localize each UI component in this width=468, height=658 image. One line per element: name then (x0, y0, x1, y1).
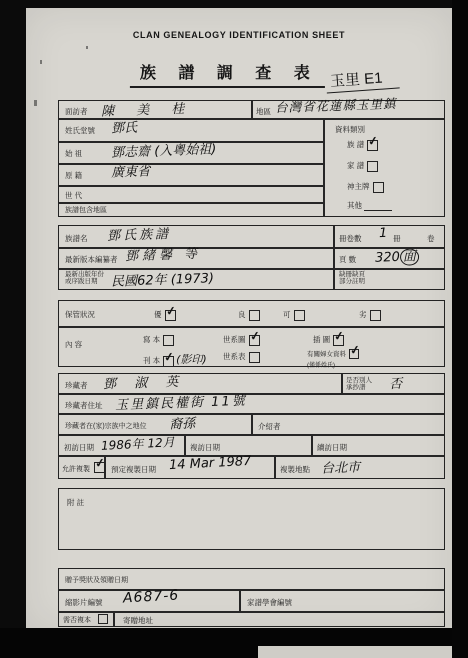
copy-place-label: 複製地點 (280, 464, 310, 475)
copy-place-value: 台北市 (321, 456, 361, 476)
content-label: 內 容 (65, 339, 82, 350)
option-label: 刊 本 (143, 356, 160, 365)
content-manuscript: 寫 本 (143, 334, 174, 346)
pages-number: 320 (375, 250, 400, 266)
checkbox-lineage-chart: ✓ (249, 335, 260, 346)
option-label: 世系圖 (223, 335, 246, 344)
checkbox-permit-copy: ✓ (94, 462, 105, 473)
owner-address-label: 珍藏者住址 (65, 400, 103, 411)
remarks-label: 附 註 (67, 497, 84, 508)
owner-label: 珍藏者 (65, 380, 88, 391)
women-data-note: (僅係姓氏) (307, 360, 359, 369)
admin-table: 贈予獎狀及領贈日期 縮影片編號 A687-6 家譜學會編號 需否複本 寄贈地址 (58, 568, 445, 627)
category-label: 家 譜 (347, 161, 364, 170)
divider (333, 226, 335, 289)
checkbox-clan-genealogy: ✓ (367, 140, 378, 151)
scan-black-edge (452, 0, 468, 658)
next-visit-label: 續訪日期 (317, 442, 347, 453)
option-label: 良 (238, 310, 246, 319)
checkbox-good (249, 310, 260, 321)
owner-address-value: 玉里鎮民權街 11號 (115, 390, 247, 414)
english-banner: CLAN GENEALOGY IDENTIFICATION SHEET (26, 30, 452, 40)
content-printed: 刊 本✓(影印) (143, 351, 207, 367)
society-number-label: 家譜學會編號 (247, 597, 292, 608)
identity-table: 面訪者 陳 美 桂 地區 台灣省花蓮縣玉里鎮 姓氏堂號 鄧氏 始 祖 鄧志齋 (… (58, 100, 445, 217)
checkbox-ancestral-tablet (373, 182, 384, 193)
compiler-label: 最新版本編纂者 (65, 254, 118, 265)
checkbox-poor (370, 310, 381, 321)
scanned-document: CLAN GENEALOGY IDENTIFICATION SHEET 族 譜 … (0, 0, 468, 658)
borrow-label: 是否別人 承抄譜 (346, 377, 372, 392)
surname-hall-label: 姓氏堂號 (65, 125, 95, 136)
volumes-label: 冊卷數 (339, 233, 362, 244)
first-visit-label: 初訪日期 (64, 442, 94, 453)
check-mark: ✓ (94, 455, 106, 470)
first-ancestor-label: 始 祖 (65, 148, 82, 159)
microfilm-number-label: 縮影片編號 (65, 597, 103, 608)
scan-noise (34, 100, 37, 106)
condition-excellent: 優✓ (154, 309, 176, 321)
divider (184, 434, 186, 455)
interviewer-value: 陳 美 桂 (101, 97, 194, 119)
category-title: 資料類別 (335, 124, 365, 135)
option-label: 優 (154, 310, 162, 319)
option-label: 寫 本 (143, 335, 160, 344)
first-visit-value: 1986年 12月 (101, 433, 175, 454)
option-label: 可 (283, 310, 291, 319)
duplicate-needed-label: 需否複本 (63, 615, 91, 625)
custody-table: 珍藏者 鄧 淑 英 是否別人 承抄譜 否 珍藏者住址 玉里鎮民權街 11號 珍藏… (58, 373, 445, 479)
divider (59, 268, 444, 270)
category-label: 神主牌 (347, 182, 370, 191)
condition-table: 保管狀況 優✓ 良 可 劣 內 容 寫 本 世系圖✓ 插 圖✓ (58, 300, 445, 367)
form-paper: CLAN GENEALOGY IDENTIFICATION SHEET 族 譜 … (26, 8, 452, 630)
checkbox-family-genealogy (367, 161, 378, 172)
owner-value: 鄧 淑 英 (103, 371, 186, 393)
scan-edge-light (258, 646, 468, 658)
borrow-value: 否 (389, 373, 403, 392)
check-mark: ✓ (367, 133, 379, 148)
genealogy-name-label: 族譜名 (65, 233, 88, 244)
divider (323, 118, 325, 216)
checkbox-fair (294, 310, 305, 321)
region-label: 地區 (256, 106, 271, 117)
printed-note: (影印) (176, 353, 207, 366)
blank-line (364, 202, 392, 211)
checkbox-illustrations: ✓ (333, 335, 344, 346)
check-mark: ✓ (349, 343, 361, 358)
category-label: 其他 (347, 201, 362, 210)
option-label: 世系表 (223, 352, 246, 361)
award-date-label: 贈予獎狀及領贈日期 (65, 575, 128, 585)
divider (341, 374, 343, 393)
check-mark: ✓ (333, 328, 345, 343)
divider (251, 101, 253, 118)
divider (59, 589, 444, 591)
revisit-label: 複訪日期 (190, 442, 220, 453)
check-mark: ✓ (163, 349, 175, 364)
volumes-unit-juan: 卷 (427, 233, 435, 244)
missing-label-line2: 部分註明 (339, 278, 365, 285)
divider (59, 185, 323, 187)
checkbox-manuscript (163, 335, 174, 346)
scan-noise (86, 46, 88, 49)
condition-label: 保管狀況 (65, 309, 95, 320)
divider (113, 611, 115, 626)
checkbox-printed: ✓ (163, 356, 174, 367)
checkbox-women-data: ✓ (349, 349, 359, 359)
page-title: 族 譜 調 查 表 (130, 60, 325, 88)
divider (59, 326, 444, 328)
pubdate-value: 民國62年 (1973) (111, 267, 215, 290)
genealogy-name-value: 鄧氏族譜 (107, 223, 172, 244)
handwritten-code: 玉里 E1 (325, 65, 399, 93)
volume-table: 族譜名 鄧氏族譜 冊卷數 1 冊 卷 最新版本編纂者 鄧緒馨 等 頁 數 320… (58, 225, 445, 290)
pages-label: 頁 數 (339, 254, 356, 265)
category-family-genealogy: 家 譜 (347, 160, 378, 172)
volumes-unit-ce: 冊 (393, 233, 401, 244)
divider (59, 202, 323, 204)
borrow-label-line2: 承抄譜 (346, 384, 372, 391)
checkbox-lineage-table (249, 352, 260, 363)
owner-position-label: 珍藏者在(家)宗族中之地位 (65, 421, 147, 431)
scan-noise (40, 60, 42, 64)
origin-label: 原 籍 (65, 170, 82, 181)
condition-fair: 可 (283, 309, 305, 321)
checkbox-excellent: ✓ (165, 310, 176, 321)
category-other: 其他 (347, 200, 392, 211)
condition-poor: 劣 (359, 309, 381, 321)
introducer-label: 介紹者 (258, 421, 281, 432)
first-ancestor-value: 鄧志齋 (入粵始祖) (111, 138, 217, 161)
region-value: 台灣省花蓮縣玉里鎮 (275, 94, 397, 116)
check-mark: ✓ (249, 328, 261, 343)
condition-good: 良 (238, 309, 260, 321)
surname-hall-value: 鄧氏 (111, 117, 138, 137)
option-label: 插 圖 (313, 335, 330, 344)
missing-pages-label: 缺冊缺頁 部分註明 (339, 271, 365, 286)
check-mark: ✓ (165, 303, 177, 318)
pubdate-label: 最新出版年份 或序跋日期 (65, 271, 104, 286)
category-clan-genealogy: 族 譜✓ (347, 139, 378, 151)
pubdate-label-line2: 或序跋日期 (65, 278, 104, 285)
option-label: 有關婦女資料 (307, 351, 346, 358)
pages-unit-circled: 面 (400, 248, 420, 266)
content-illustrations: 插 圖✓ (313, 334, 344, 346)
divider (251, 413, 253, 434)
option-label: 劣 (359, 310, 367, 319)
category-ancestral-tablet: 神主牌 (347, 181, 384, 193)
divider (59, 163, 323, 165)
compiler-value: 鄧緒馨 等 (125, 243, 202, 265)
divider (274, 455, 276, 478)
content-lineage-chart: 世系圖✓ (223, 334, 260, 346)
microfilm-number-value: A687-6 (123, 588, 180, 607)
divider (59, 611, 444, 613)
divider (59, 455, 444, 457)
divider (239, 589, 241, 611)
category-label: 族 譜 (347, 140, 364, 149)
copy-date-value: 14 Mar 1987 (169, 454, 252, 473)
divider (311, 434, 313, 455)
interviewer-label: 面訪者 (65, 106, 88, 117)
content-women-data: 有關婦女資料✓ (僅係姓氏) (307, 349, 359, 369)
volumes-value: 1 (379, 226, 388, 241)
coverage-label: 族譜包含地區 (65, 205, 107, 215)
generation-label: 世 代 (65, 190, 82, 201)
checkbox-duplicate-needed (98, 614, 108, 624)
mailing-address-label: 寄贈地址 (123, 615, 153, 626)
pages-value: 320面 (375, 245, 419, 266)
owner-position-value: 裔孫 (169, 413, 196, 433)
content-lineage-table: 世系表 (223, 351, 260, 363)
copy-date-label: 預定複製日期 (111, 464, 156, 475)
remarks-box: 附 註 (58, 488, 445, 550)
origin-value: 廣東省 (111, 160, 151, 180)
permit-copy-label: 允許複製 (62, 464, 90, 474)
